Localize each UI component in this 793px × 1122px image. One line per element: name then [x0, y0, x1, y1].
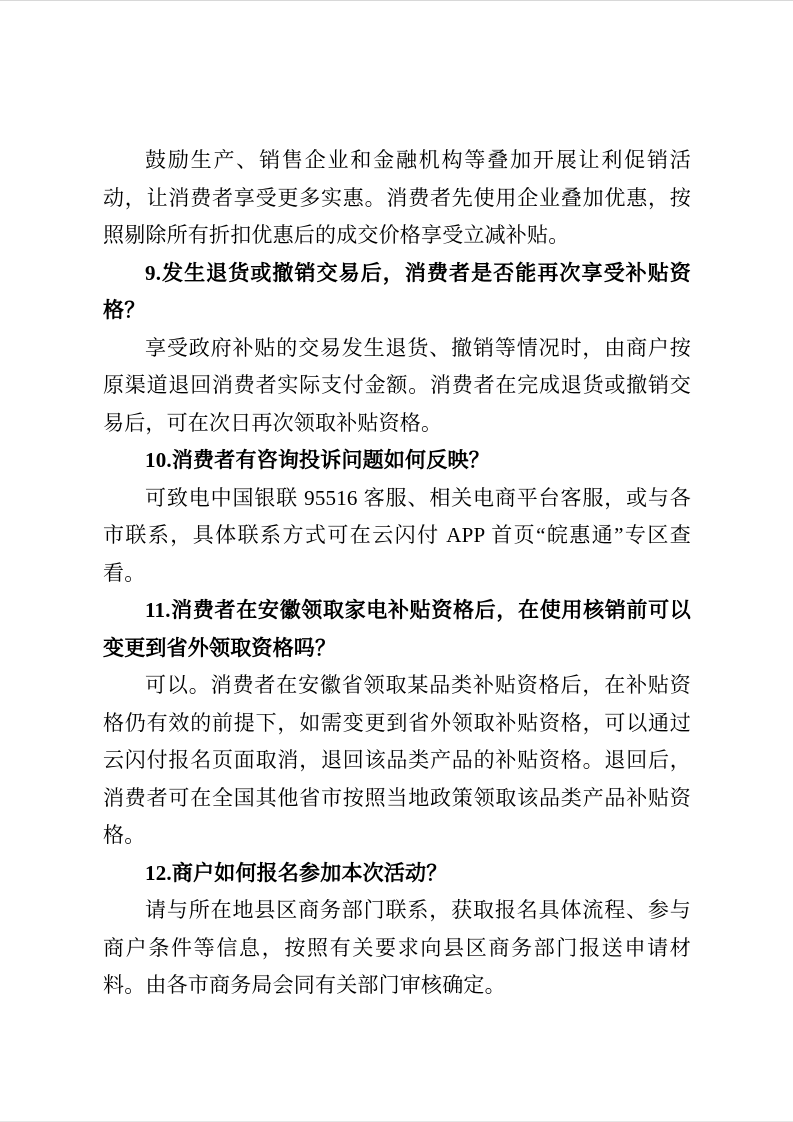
faq-answer-11: 可以。消费者在安徽省领取某品类补贴资格后，在补贴资格仍有效的前提下，如需变更到省… — [103, 667, 691, 855]
intro-paragraph: 鼓励生产、销售企业和金融机构等叠加开展让利促销活动，让消费者享受更多实惠。消费者… — [103, 142, 691, 255]
faq-answer-9: 享受政府补贴的交易发生退货、撤销等情况时，由商户按原渠道退回消费者实际支付金额。… — [103, 330, 691, 443]
faq-question-11: 11.消费者在安徽领取家电补贴资格后，在使用核销前可以变更到省外领取资格吗？ — [103, 592, 691, 667]
faq-answer-10: 可致电中国银联 95516 客服、相关电商平台客服，或与各市联系，具体联系方式可… — [103, 480, 691, 593]
faq-question-9: 9.发生退货或撤销交易后，消费者是否能再次享受补贴资格？ — [103, 255, 691, 330]
faq-question-10: 10.消费者有咨询投诉问题如何反映？ — [103, 442, 691, 480]
document-body: 鼓励生产、销售企业和金融机构等叠加开展让利促销活动，让消费者享受更多实惠。消费者… — [103, 142, 691, 1005]
document-page: 鼓励生产、销售企业和金融机构等叠加开展让利促销活动，让消费者享受更多实惠。消费者… — [0, 0, 793, 1122]
faq-answer-12: 请与所在地县区商务部门联系，获取报名具体流程、参与商户条件等信息，按照有关要求向… — [103, 892, 691, 1005]
faq-question-12: 12.商户如何报名参加本次活动？ — [103, 855, 691, 893]
